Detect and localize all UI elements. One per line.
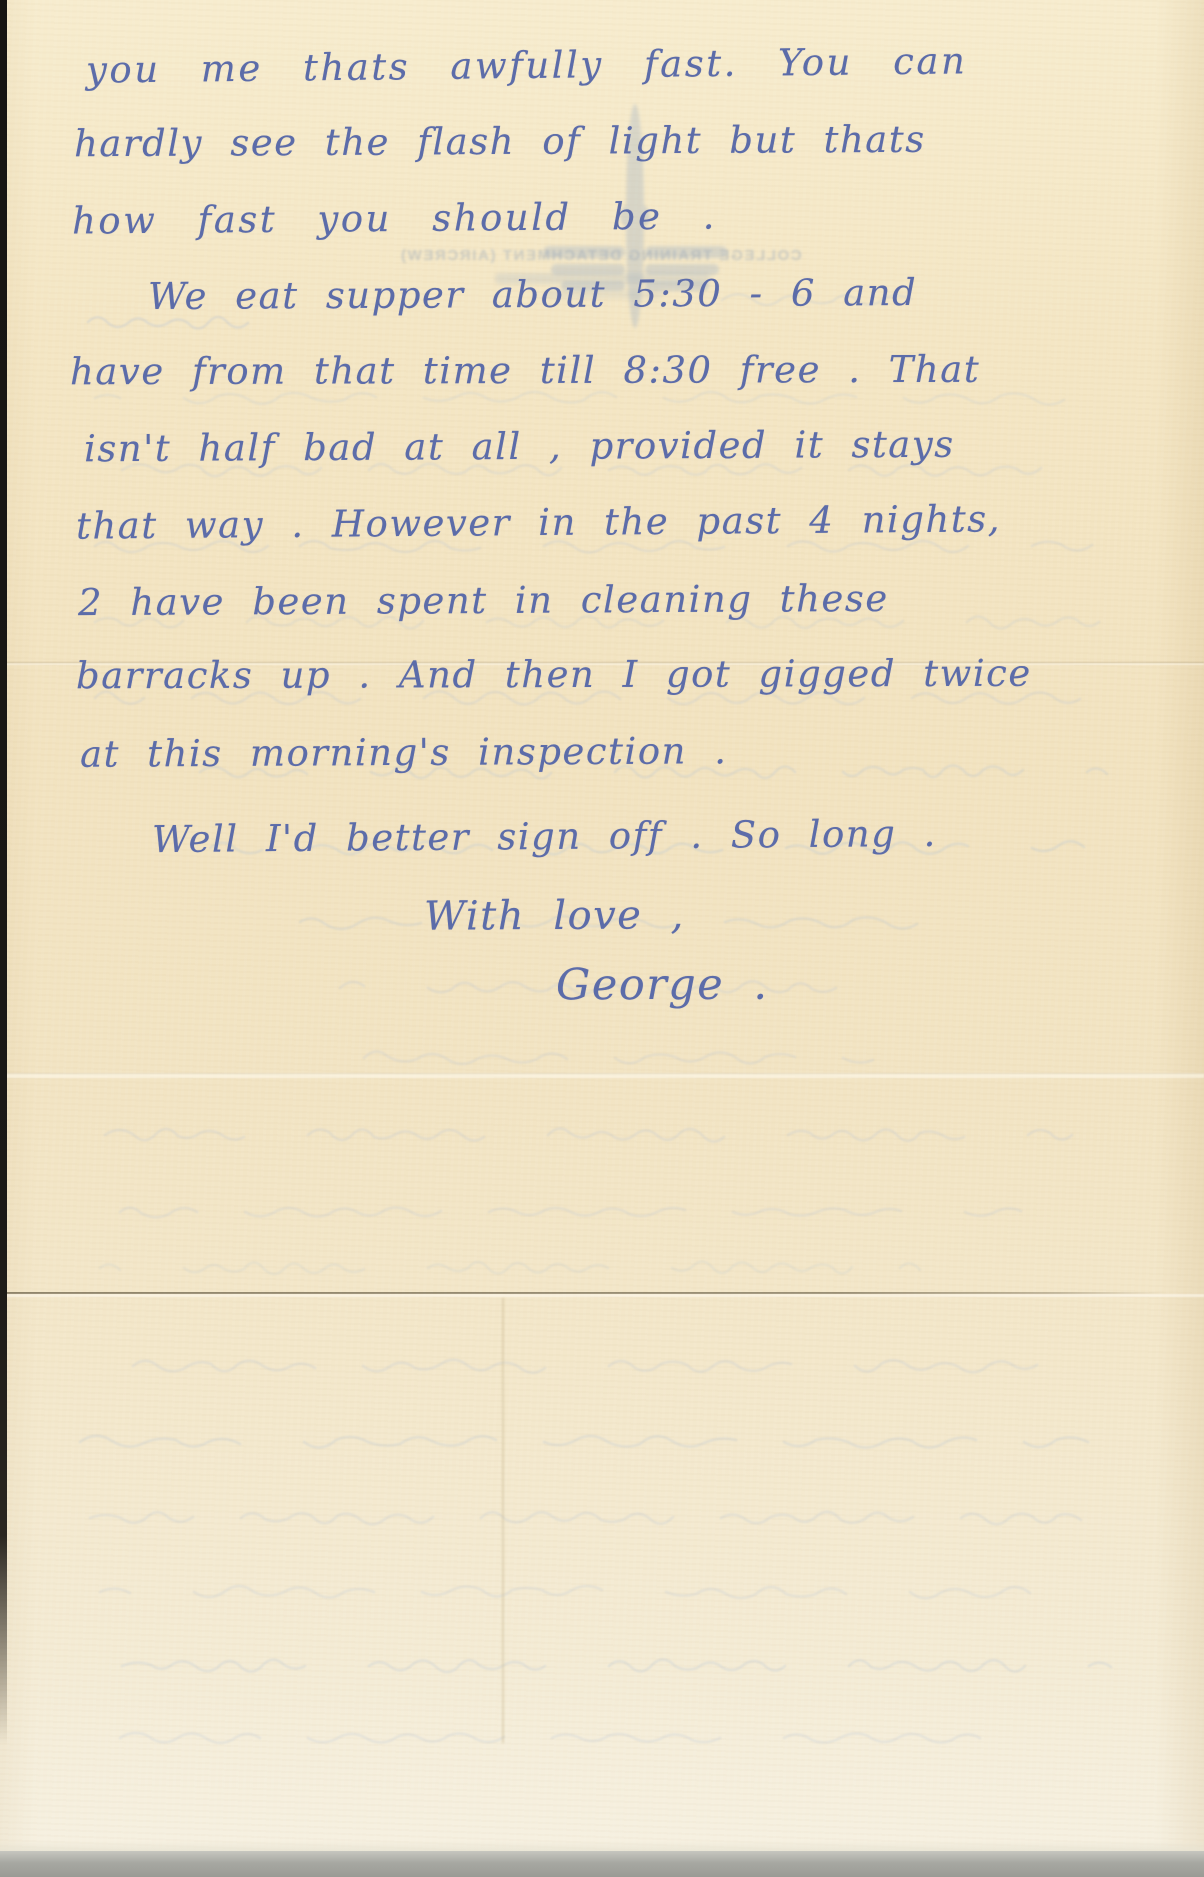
letter-line-4: We eat supper about 5:30 - 6 and (148, 271, 917, 318)
scan-edge-bottom-fade (0, 1841, 1204, 1851)
scan-edge-bottom (0, 1851, 1204, 1877)
letter-line-7: that way . However in the past 4 nights, (76, 497, 1001, 547)
letter-line-5: have from that time till 8:30 free . Tha… (70, 348, 980, 393)
letter-line-8: 2 have been spent in cleaning these (78, 577, 889, 624)
letter-line-9: barracks up . And then I got gigged twic… (76, 652, 1032, 698)
letter-line-2: hardly see the flash of light but thats (74, 118, 926, 165)
letter-signature: George . (556, 960, 769, 1011)
letter-line-3: how fast you should be . (72, 194, 717, 242)
scanned-letter-page: { "page": { "kind": "handwritten letter,… (0, 0, 1204, 1877)
letter-line-1: you me thats awfully fast. You can (86, 39, 968, 91)
fold-crease-middle (0, 1073, 1204, 1078)
letter-line-6: isn't half bad at all , provided it stay… (84, 423, 955, 471)
letter-closing: With love , (424, 892, 685, 939)
fold-crease-lower-highlight (0, 1294, 1204, 1297)
fold-crease-vertical (502, 1298, 504, 1743)
letter-line-10: at this morning's inspection . (80, 729, 728, 775)
letter-line-11: Well I'd better sign off . So long . (152, 812, 937, 861)
scan-edge-left (0, 0, 7, 1745)
